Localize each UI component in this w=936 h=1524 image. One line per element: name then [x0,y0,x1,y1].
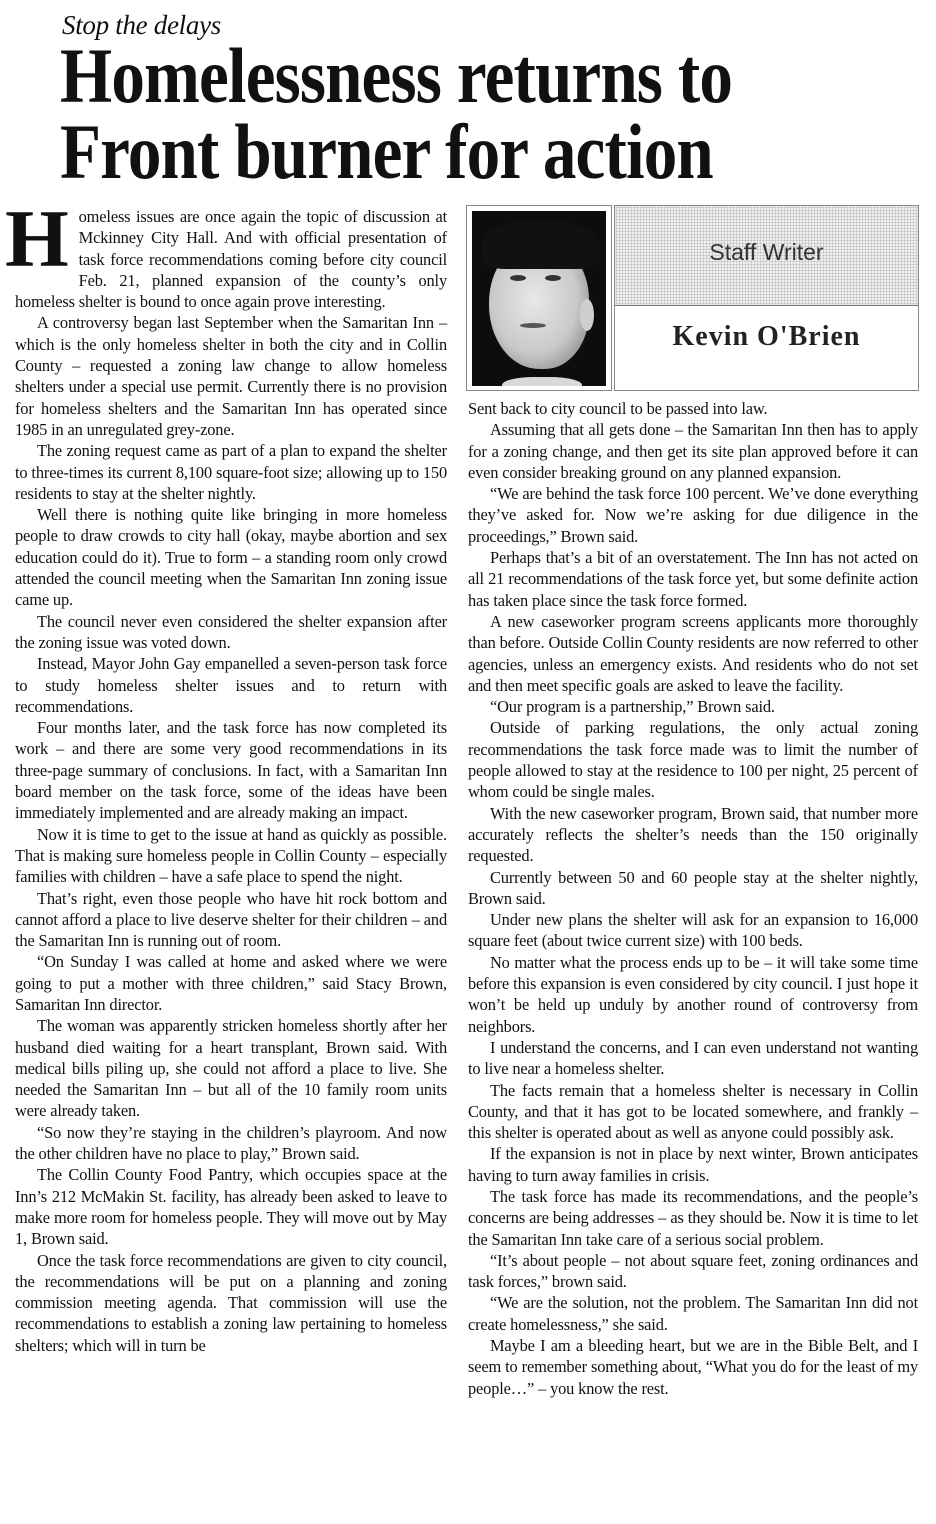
paragraph: That’s right, even those people who have… [15,888,447,952]
right-column: Sent back to city council to be passed i… [468,398,918,1399]
paragraph: I understand the concerns, and I can eve… [468,1037,918,1080]
paragraph: The council never even considered the sh… [15,611,447,654]
paragraph: The zoning request came as part of a pla… [15,440,447,504]
headline-line-2: Front burner for action [60,114,808,190]
paragraph: The facts remain that a homeless shelter… [468,1080,918,1144]
paragraph: “We are the solution, not the problem. T… [468,1292,918,1335]
paragraph: Four months later, and the task force ha… [15,717,447,823]
paragraph: Outside of parking regulations, the only… [468,717,918,802]
drop-cap: H [5,208,69,270]
portrait-icon [472,211,606,386]
headline-line-1: Homelessness returns to [60,38,808,114]
paragraph: A controversy began last September when … [15,312,447,440]
paragraph: A new caseworker program screens applica… [468,611,918,696]
paragraph: Once the task force recommendations are … [15,1250,447,1356]
left-column: Homeless issues are once again the topic… [15,206,447,1356]
paragraph: The Collin County Food Pantry, which occ… [15,1164,447,1249]
paragraph: The woman was apparently stricken homele… [15,1015,447,1121]
paragraph: Well there is nothing quite like bringin… [15,504,447,610]
author-photo [466,205,612,391]
paragraph: “Our program is a partnership,” Brown sa… [468,696,918,717]
paragraph: Assuming that all gets done – the Samari… [468,419,918,483]
paragraph: Homeless issues are once again the topic… [15,206,447,312]
paragraph: “So now they’re staying in the children’… [15,1122,447,1165]
paragraph: Sent back to city council to be passed i… [468,398,918,419]
paragraph: “It’s about people – not about square fe… [468,1250,918,1293]
paragraph: No matter what the process ends up to be… [468,952,918,1037]
paragraph: Under new plans the shelter will ask for… [468,909,918,952]
paragraph: Now it is time to get to the issue at ha… [15,824,447,888]
staff-writer-label: Staff Writer [709,239,823,266]
paragraph: Currently between 50 and 60 people stay … [468,867,918,910]
headline: Homelessness returns to Front burner for… [60,38,808,190]
paragraph: “We are behind the task force 100 percen… [468,483,918,547]
paragraph: “On Sunday I was called at home and aske… [15,951,447,1015]
paragraph: Maybe I am a bleeding heart, but we are … [468,1335,918,1399]
paragraph: With the new caseworker program, Brown s… [468,803,918,867]
byline-namebox: Staff Writer Kevin O'Brien [614,205,919,391]
staff-writer-band: Staff Writer [615,206,918,306]
paragraph: If the expansion is not in place by next… [468,1143,918,1186]
paragraph: The task force has made its recommendati… [468,1186,918,1250]
paragraph: Perhaps that’s a bit of an overstatement… [468,547,918,611]
byline-box: Staff Writer Kevin O'Brien [466,205,919,393]
paragraph: Instead, Mayor John Gay empanelled a sev… [15,653,447,717]
author-name: Kevin O'Brien [615,321,918,353]
